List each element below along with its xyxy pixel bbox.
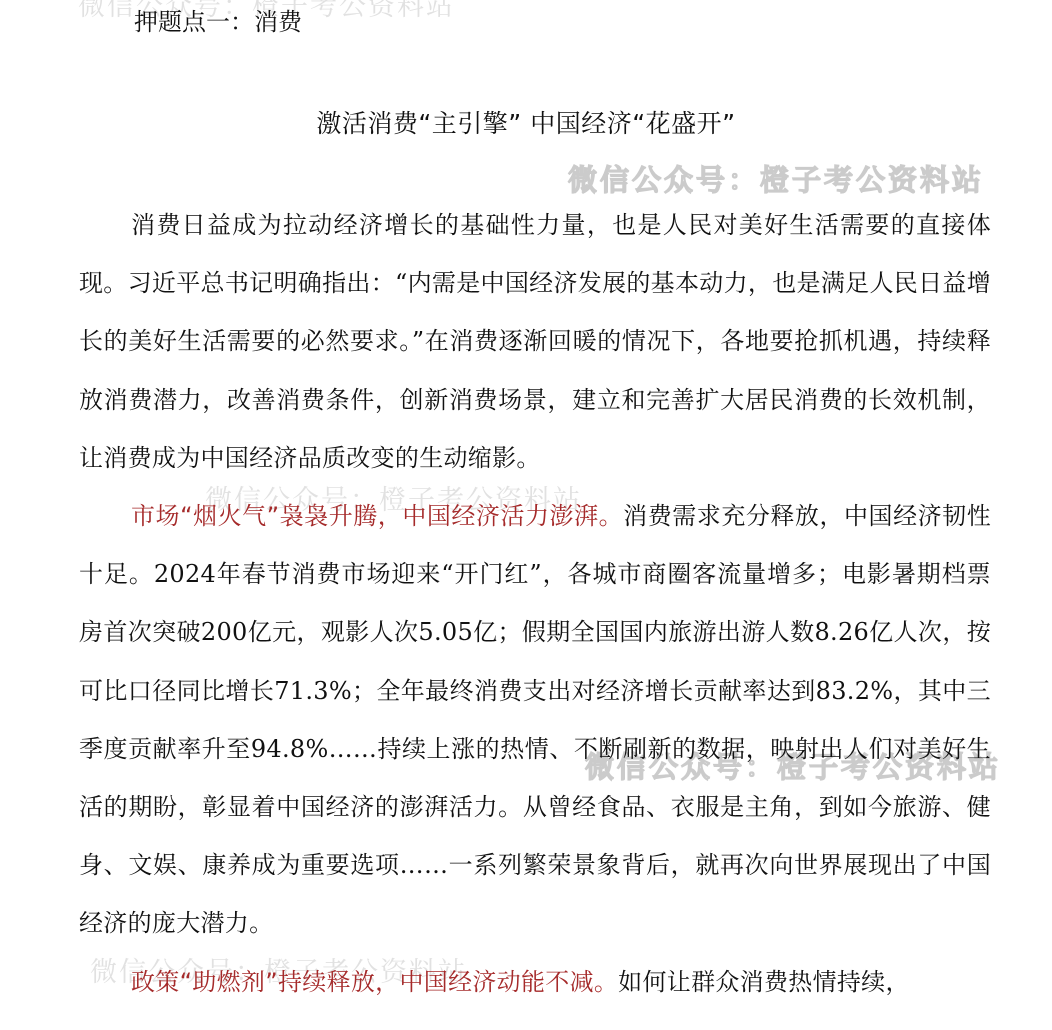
paragraph-intro: 消费日益成为拉动经济增长的基础性力量，也是人民对美好生活需要的直接体现。习近平总…: [79, 196, 991, 487]
paragraph-lead: 市场“烟火气”袅袅升腾，中国经济活力澎湃。: [131, 502, 623, 530]
paragraph-text: 消费日益成为拉动经济增长的基础性力量，也是人民对美好生活需要的直接体现。习近平总…: [79, 211, 991, 472]
article-title: 激活消费“主引擎” 中国经济“花盛开”: [0, 104, 1052, 140]
paragraph-text: 如何让群众消费热情持续，: [618, 968, 910, 996]
article-body: 消费日益成为拉动经济增长的基础性力量，也是人民对美好生活需要的直接体现。习近平总…: [79, 196, 991, 1011]
paragraph-lead: 政策“助燃剂”持续释放，中国经济动能不减。: [131, 968, 618, 996]
paragraph-text: 消费需求充分释放，中国经济韧性十足。2024年春节消费市场迎来“开门红”，各城市…: [79, 502, 991, 937]
section-title: 押题点一：消费: [134, 2, 302, 37]
paragraph-policy: 政策“助燃剂”持续释放，中国经济动能不减。如何让群众消费热情持续，: [79, 953, 991, 1011]
document-page: 微信公众号：橙子考公资料站 微信公众号：橙子考公资料站 微信公众号：橙子考公资料…: [0, 0, 1052, 1030]
paragraph-market: 市场“烟火气”袅袅升腾，中国经济活力澎湃。消费需求充分释放，中国经济韧性十足。2…: [79, 487, 991, 953]
watermark-title-right: 微信公众号：橙子考公资料站: [568, 158, 984, 199]
